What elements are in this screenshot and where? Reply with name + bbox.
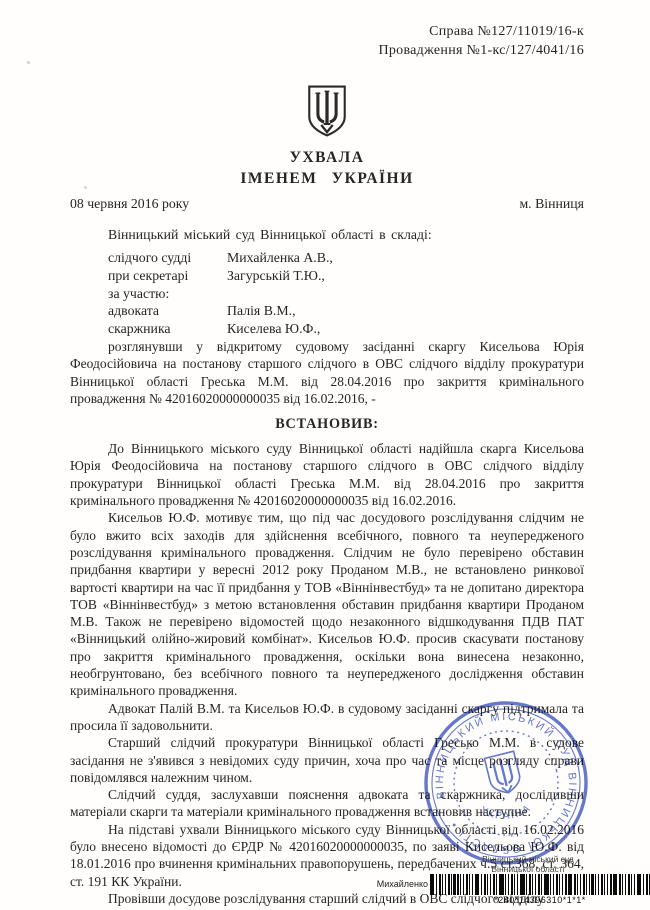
paragraph: До Вінницького міського суду Вінницької … [70,440,584,509]
paragraph: Слідчий суддя, заслухавши пояснення адво… [70,786,584,821]
document-city: м. Вінниця [519,196,584,212]
composition-row: слідчого судді Михайленка А.В., [108,249,584,267]
footer-court-line2: Вінницької області [432,864,624,874]
paragraph: Адвокат Палій В.М. та Кисельов Ю.Ф. в су… [70,700,584,735]
footer-court-line1: Вінницький міський суд [432,854,624,864]
scan-speck [84,186,87,189]
judge-name: Михайленко [374,879,428,889]
scanned-court-document: Справа №127/11019/16-к Провадження №1-кс… [0,0,650,910]
role-label: при секретарі [108,267,227,285]
document-title: УХВАЛА [70,149,584,167]
person-name: Киселева Ю.Ф., [227,320,320,338]
role-label: за участю: [108,285,227,303]
role-label: скаржника [108,320,227,338]
person-name: Загурській Т.Ю., [227,267,325,285]
composition-row: скаржника Киселева Ю.Ф., [108,320,584,338]
proceeding-number: Провадження №1-кс/127/4041/16 [70,41,584,60]
footer-court-name: Вінницький міський суд Вінницької област… [432,854,624,874]
found-heading: ВСТАНОВИВ: [70,416,584,433]
role-label: слідчого судді [108,249,227,267]
role-label: адвоката [108,302,227,320]
ukraine-trident-emblem-icon [304,84,350,144]
scan-speck [27,61,30,64]
document-subtitle: ІМЕНЕМ УКРАЇНИ [70,170,584,188]
case-number: Справа №127/11019/16-к [70,22,584,41]
paragraph: Кисельов Ю.Ф. мотивує тим, що під час до… [70,509,584,699]
court-intro: Вінницький міський суд Вінницької област… [70,227,584,243]
composition-row: при секретарі Загурській Т.Ю., [108,267,584,285]
barcode-number: *240*14396310*1*1* [455,895,625,905]
court-composition: слідчого судді Михайленка А.В., при секр… [108,249,584,338]
composition-row: адвоката Палія В.М., [108,302,584,320]
document-date: 08 червня 2016 року [70,196,189,212]
person-name: Палія В.М., [227,302,296,320]
registration-barcode [430,874,650,895]
composition-row: за участю: [108,285,584,303]
preamble-paragraph: розглянувши у відкритому судовому засіда… [70,338,584,407]
person-name: Михайленка А.В., [227,249,333,267]
paragraph: Старший слідчий прокуратури Вінницької о… [70,734,584,786]
